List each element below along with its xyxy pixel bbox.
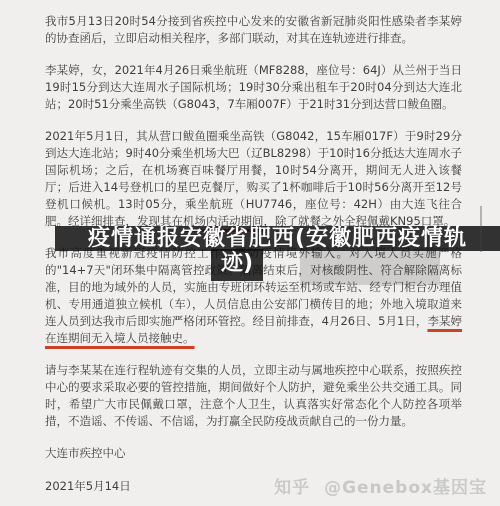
paragraph-intro: 我市5月13日20时54分接到省疾控中心发来的安徽省新冠肺炎阳性感染者李某婷的协… — [45, 13, 462, 47]
overlay-title-line2: 迹) — [211, 249, 263, 281]
article-screenshot: 我市5月13日20时54分接到省疾控中心发来的安徽省新冠肺炎阳性感染者李某婷的协… — [0, 0, 500, 506]
signature: 大连市疾控中心 — [45, 445, 462, 462]
vertical-rule-artifact — [480, 206, 482, 252]
watermark-handle-label: @Genebox基因宝 — [324, 478, 487, 498]
paragraph-trip-april: 李某婷，女，2021年4月26日乘坐航班（MF8288，座位号：64J）从兰州于… — [45, 62, 462, 113]
watermark: 知乎 @Genebox基因宝 — [274, 473, 487, 498]
overlay-title-line1: 疫情通报安徽省肥西(安徽肥西疫情轨 — [55, 226, 500, 251]
watermark-platform-label: 知乎 — [274, 478, 310, 498]
paragraph-trip-may: 2021年5月1日，其从营口鲅鱼圈乘坐高铁（G8042，15车厢017F）于9时… — [45, 128, 462, 230]
paragraph-appeal: 请与李某某在连行程轨迹有交集的人员，立即主动与属地疾控中心联系，按照疾控中心的要… — [45, 362, 462, 430]
